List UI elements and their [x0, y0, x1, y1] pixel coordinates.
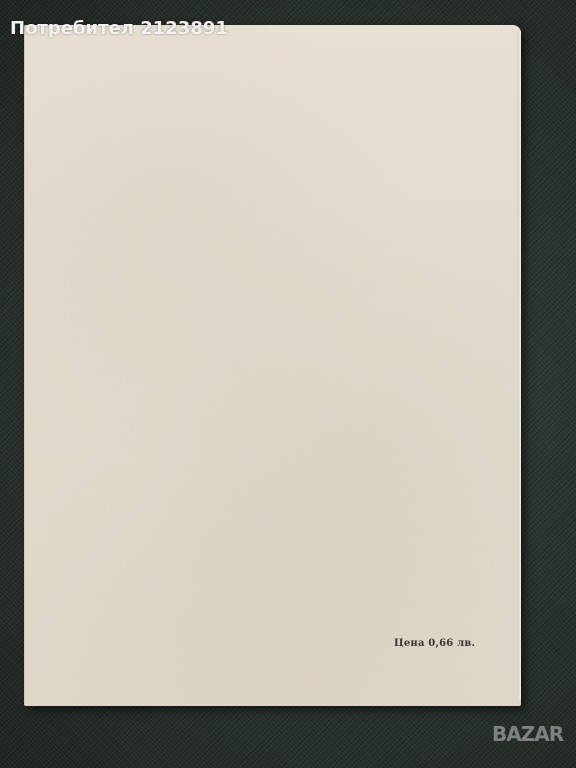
price-label: Цена 0,66 лв. [394, 638, 475, 649]
book-page-edge [517, 31, 521, 699]
user-watermark: Потребител 2123891 [10, 18, 228, 39]
bazar-logo: BAZAR [492, 722, 563, 746]
book-back-cover: Цена 0,66 лв. [24, 25, 521, 706]
